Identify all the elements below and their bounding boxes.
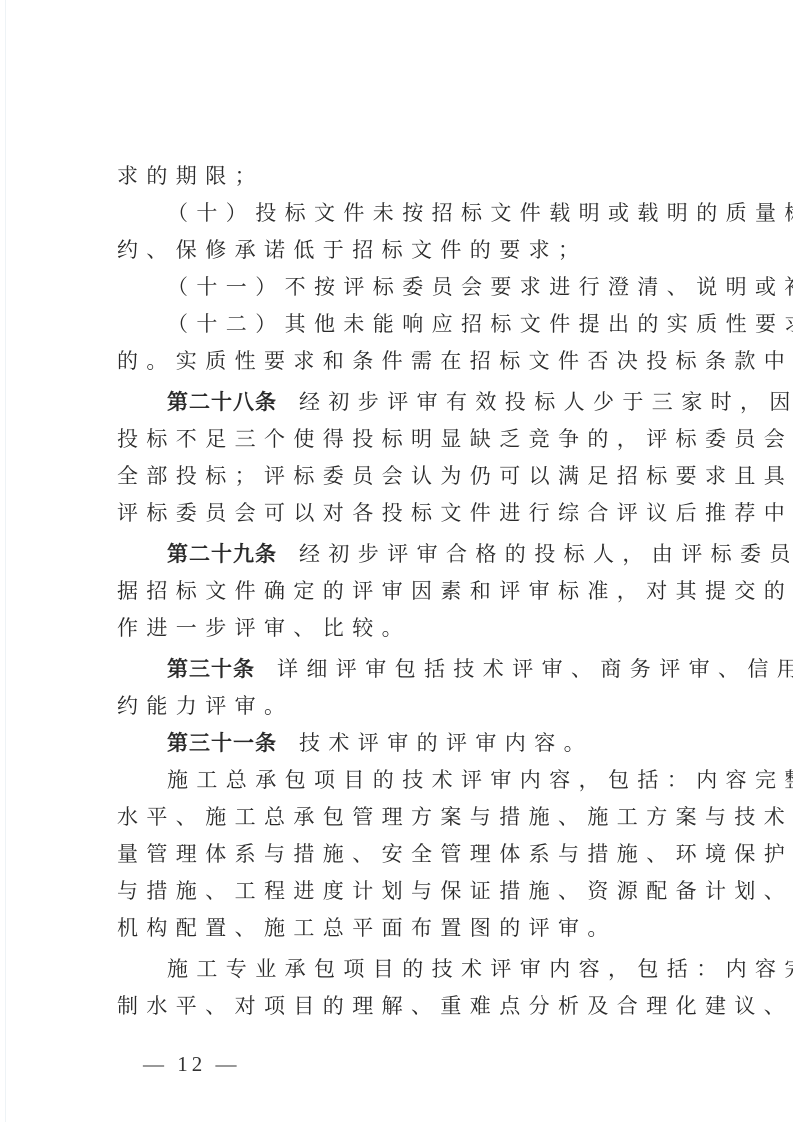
text-line: 水平、施工总承包管理方案与措施、施工方案与技术措施、质 <box>117 799 697 836</box>
scan-edge-line <box>5 0 6 1122</box>
text-line: 约、保修承诺低于招标文件的要求； <box>117 232 697 269</box>
article-number: 第二十九条 <box>167 542 277 566</box>
text-line: 约能力评审。 <box>117 688 697 725</box>
text-line: 施工专业承包项目的技术评审内容，包括：内容完整和编 <box>117 951 697 988</box>
article-28: 第二十八条经初步评审有效投标人少于三家时，因有效 投标不足三个使得投标明显缺乏竞… <box>117 384 697 532</box>
article-29: 第二十九条经初步评审合格的投标人，由评标委员会根 据招标文件确定的评审因素和评审… <box>117 536 697 647</box>
article-30: 第三十条详细评审包括技术评审、商务评审、信用及履 约能力评审。 <box>117 651 697 725</box>
article-text: 经初步评审合格的投标人，由评标委员会根 <box>299 542 793 566</box>
text-line: 全部投标；评标委员会认为仍可以满足招标要求且具有竞争性， <box>117 458 697 495</box>
article-text: 详细评审包括技术评审、商务评审、信用及履 <box>277 657 793 681</box>
text-line: 评标委员会可以对各投标文件进行综合评议后推荐中标候选人。 <box>117 495 697 532</box>
list-item-11: （十一）不按评标委员会要求进行澄清、说明或补正的； <box>117 269 697 306</box>
list-item-10: （十）投标文件未按招标文件载明或载明的质量标准或违 <box>117 195 697 232</box>
text-line: 求的期限； <box>117 158 697 195</box>
text-line: 据招标文件确定的评审因素和评审标准，对其提交的投标文件 <box>117 573 697 610</box>
text-line: 施工总承包项目的技术评审内容，包括：内容完整和编制 <box>117 762 697 799</box>
paragraph-general-contracting: 施工总承包项目的技术评审内容，包括：内容完整和编制 水平、施工总承包管理方案与措… <box>117 762 697 947</box>
document-page: 求的期限； （十）投标文件未按招标文件载明或载明的质量标准或违 约、保修承诺低于… <box>117 158 697 1025</box>
article-number: 第三十一条 <box>167 731 277 755</box>
text-line: 投标不足三个使得投标明显缺乏竞争的，评标委员会可以否决 <box>117 421 697 458</box>
text-line: 制水平、对项目的理解、重难点分析及合理化建议、施工方案 <box>117 988 697 1025</box>
list-item-12: （十二）其他未能响应招标文件提出的实质性要求和条件 <box>117 306 697 343</box>
text-line: 与措施、工程进度计划与保证措施、资源配备计划、项目管理 <box>117 873 697 910</box>
paragraph-specialty-contracting: 施工专业承包项目的技术评审内容，包括：内容完整和编 制水平、对项目的理解、重难点… <box>117 951 697 1025</box>
text-line: 作进一步评审、比较。 <box>117 610 697 647</box>
article-text: 技术评审的评审内容。 <box>299 731 593 755</box>
article-text: 经初步评审有效投标人少于三家时，因有效 <box>299 390 793 414</box>
text-line: 量管理体系与措施、安全管理体系与措施、环境保护管理体系 <box>117 836 697 873</box>
article-31: 第三十一条技术评审的评审内容。 <box>117 725 697 762</box>
article-number: 第三十条 <box>167 657 255 681</box>
page-number: — 12 — <box>143 1052 241 1077</box>
text-line: 的。实质性要求和条件需在招标文件否决投标条款中明确。 <box>117 343 697 380</box>
text-line: 机构配置、施工总平面布置图的评审。 <box>117 910 697 947</box>
article-number: 第二十八条 <box>167 390 277 414</box>
